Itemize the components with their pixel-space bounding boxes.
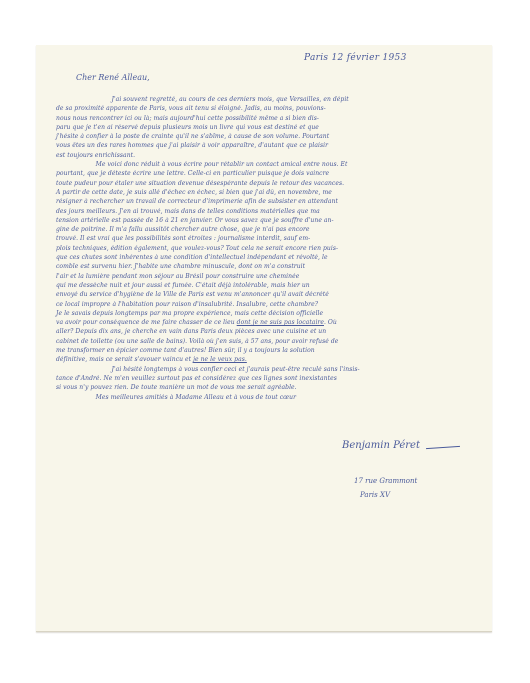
letter-line: cabinet de toilette (ou une salle de bai…: [56, 337, 484, 346]
letter-line: résigner à rechercher un travail de corr…: [56, 197, 484, 206]
letter-line: si vous n'y pouvez rien. De toute manièr…: [56, 383, 484, 392]
letter-line: que ces chutes sont inhérentes à une con…: [56, 253, 484, 262]
letter-line: plois techniques, édition également, que…: [56, 244, 484, 253]
letter-line: qui me dessèche nuit et jour aussi et fu…: [56, 281, 484, 290]
letter-line: J'ai hésité longtemps à vous confier cec…: [56, 365, 484, 374]
letter-line: des jours meilleurs. J'en ai trouvé, mai…: [56, 207, 484, 216]
letter-line: est toujours enrichissant.: [56, 151, 484, 160]
letter-line: paru que je t'en ai réservé depuis plusi…: [56, 123, 484, 132]
letter-line: Je le savais depuis longtemps par ma pro…: [56, 309, 484, 318]
letter-line: comble est survenu hier. J'habite une ch…: [56, 262, 484, 271]
letter-line: toute pudeur pour étaler une situation d…: [56, 179, 484, 188]
letter-line: nous nous rencontrer ici ou là; mais auj…: [56, 114, 484, 123]
underlined-text: dont je ne suis pas locataire: [237, 319, 324, 326]
letter-line: ce local impropre à l'habitation pour ra…: [56, 300, 484, 309]
letter-line: l'air et la lumière pendant mon séjour a…: [56, 272, 484, 281]
letter-line: Me voici donc réduit à vous écrire pour …: [56, 160, 484, 169]
letter-line: J'ai souvent regretté, au cours de ces d…: [56, 95, 484, 104]
letter-salutation: Cher René Alleau,: [76, 73, 150, 82]
letter-line: A partir de cette date, je suis allé d'é…: [56, 188, 484, 197]
letter-line: va avoir pour conséquence de me faire ch…: [56, 318, 484, 327]
letter-line: me transformer en épicier comme tant d'a…: [56, 346, 484, 355]
letter-line: trouvé. Il est vrai que les possibilités…: [56, 234, 484, 243]
letter-line: aller? Depuis dix ans, je cherche en vai…: [56, 327, 484, 336]
letter-line: Mes meilleures amitiés à Madame Alleau e…: [56, 393, 484, 402]
sender-address-street: 17 rue Grammont: [354, 477, 417, 485]
letter-line: tance d'André. Ne m'en veuillez surtout …: [56, 374, 484, 383]
underlined-text: je ne le veux pas.: [193, 356, 247, 363]
letter-line: gine de poitrine. Il m'a fallu aussitôt …: [56, 225, 484, 234]
sender-address-city: Paris XV: [360, 491, 390, 499]
letter-line: tension artérielle est passée de 16 à 21…: [56, 216, 484, 225]
signature-flourish: [426, 446, 460, 449]
letter-line: de sa proximité apparente de Paris, vous…: [56, 104, 484, 113]
letter-line: définitive, mais ce serait s'avouer vain…: [56, 355, 484, 364]
letter-paper: Paris 12 février 1953 Cher René Alleau, …: [36, 45, 492, 632]
letter-dateline: Paris 12 février 1953: [304, 53, 407, 63]
letter-body: J'ai souvent regretté, au cours de ces d…: [56, 95, 488, 402]
letter-line: vous êtes un des rares hommes que j'ai p…: [56, 141, 484, 150]
letter-line: pourtant, que je déteste écrire une lett…: [56, 169, 484, 178]
letter-signature: Benjamin Péret: [342, 440, 420, 451]
letter-line: envoyé du service d'hygiène de la Ville …: [56, 290, 484, 299]
letter-line: j'hésite à confier à la poste de crainte…: [56, 132, 484, 141]
